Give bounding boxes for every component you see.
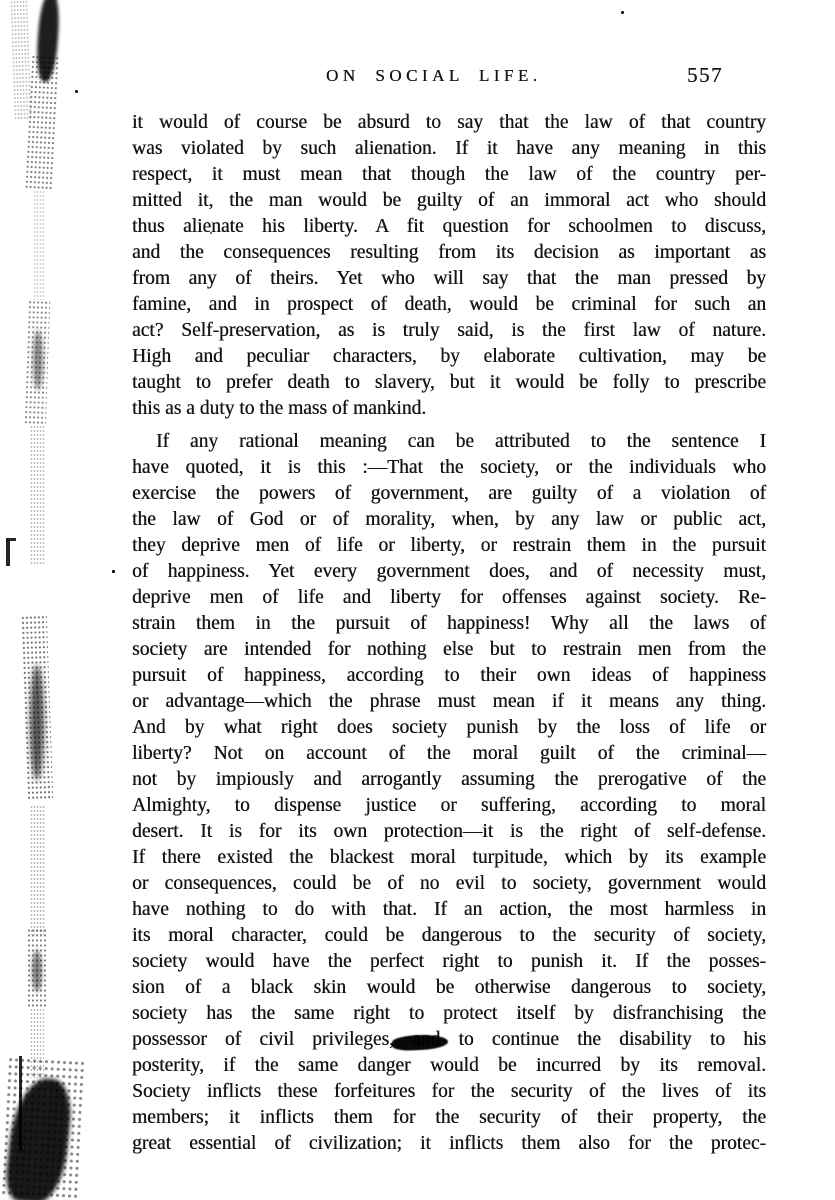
scan-noise-band-lower [30, 805, 46, 935]
text-line: strain them in the pursuit of happiness!… [132, 611, 766, 637]
text-line: society has the same right to protect it… [132, 1001, 766, 1027]
scan-noise-top-fringe [10, 0, 32, 120]
text-line: it would of course be absurd to say that… [132, 110, 766, 136]
scan-dot-upper-left [75, 90, 78, 93]
text-line: liberty? Not on account of the moral gui… [132, 741, 766, 767]
scan-noise-bottom-mass [4, 1075, 75, 1200]
text-line: mitted it, the man would be guilty of an… [132, 188, 766, 214]
text-line: was violated by such alienation. If it h… [132, 136, 766, 162]
scan-noise-blob-1-core [33, 330, 43, 390]
text-line: If any rational meaning can be attribute… [132, 429, 766, 455]
text-line: members; it inflicts them for the securi… [132, 1105, 766, 1131]
text-line: And by what right does society punish by… [132, 715, 766, 741]
text-line: desert. It is for its own protection—it … [132, 819, 766, 845]
scan-noise-top-streak [35, 0, 61, 83]
text-line: If there existed the blackest moral turp… [132, 845, 766, 871]
text-line: of happiness. Yet every government does,… [132, 559, 766, 585]
scan-noise-blob-1 [24, 300, 50, 426]
text-line: the law of God or of morality, when, by … [132, 507, 766, 533]
text-line: or consequences, could be of no evil to … [132, 871, 766, 897]
paragraph-if-any-rational-meaning: If any rational meaning can be attribute… [132, 429, 766, 1157]
scan-noise-band-mid [30, 425, 45, 565]
text-line: Almighty, to dispense justice or sufferi… [132, 793, 766, 819]
text-line: High and peculiar characters, by elabora… [132, 344, 766, 370]
page-number: 557 [687, 63, 723, 88]
scan-noise-bottom-line [19, 1056, 22, 1151]
text-line: thus alienate his liberty. A fit questio… [132, 214, 766, 240]
scan-noise-band-prebottom [30, 1008, 44, 1078]
text-line: possessor of civil privileges, and to co… [132, 1027, 766, 1053]
text-line: society would have the perfect right to … [132, 949, 766, 975]
scan-noise-blob-2 [21, 615, 53, 801]
running-header-title: ON SOCIAL LIFE. [326, 66, 541, 86]
scan-dot-top-right [621, 11, 624, 14]
scan-noise-band-upper [33, 190, 45, 300]
paragraph-continued-from-previous-page: it would of course be absurd to say that… [132, 110, 766, 422]
scan-noise-blob-3-core [32, 950, 42, 992]
scan-noise-bottom-fringe [0, 1056, 85, 1200]
text-line: deprive men of life and liberty for offe… [132, 585, 766, 611]
text-line: Society inflicts these forfeitures for t… [132, 1079, 766, 1105]
text-line: have quoted, it is this :—That the socie… [132, 455, 766, 481]
book-page-scan: ON SOCIAL LIFE. 557 it would of course b… [0, 0, 835, 1200]
text-line: respect, it must mean that though the la… [132, 162, 766, 188]
text-line: from any of theirs. Yet who will say tha… [132, 266, 766, 292]
text-line: or advantage—which the phrase must mean … [132, 689, 766, 715]
scan-noise-blob-3 [27, 928, 47, 1008]
text-line: posterity, if the same danger would be i… [132, 1053, 766, 1079]
text-line: taught to prefer death to slavery, but i… [132, 370, 766, 396]
page-text-block: it would of course be absurd to say that… [132, 110, 766, 1157]
scan-noise-blob-2-core [30, 665, 44, 780]
text-line: its moral character, could be dangerous … [132, 923, 766, 949]
text-line: and the consequences resulting from its … [132, 240, 766, 266]
text-line: they deprive men of life or liberty, or … [132, 533, 766, 559]
text-line: not by impiously and arrogantly assuming… [132, 767, 766, 793]
text-line: have nothing to do with that. If an acti… [132, 897, 766, 923]
text-line: sion of a black skin would be otherwise … [132, 975, 766, 1001]
text-line: famine, and in prospect of death, would … [132, 292, 766, 318]
scan-noise-top-band [24, 54, 59, 190]
text-line: exercise the powers of government, are g… [132, 481, 766, 507]
text-line: society are intended for nothing else bu… [132, 637, 766, 663]
text-line: pursuit of happiness, according to their… [132, 663, 766, 689]
text-line: this as a duty to the mass of mankind. [132, 396, 766, 422]
scan-mark-bracket-serif [6, 538, 16, 541]
text-line: great essential of civilization; it infl… [132, 1131, 766, 1157]
scan-mark-bracket [6, 540, 10, 566]
text-line: act? Self-preservation, as is truly said… [132, 318, 766, 344]
scan-dot-mid-left [112, 570, 115, 573]
